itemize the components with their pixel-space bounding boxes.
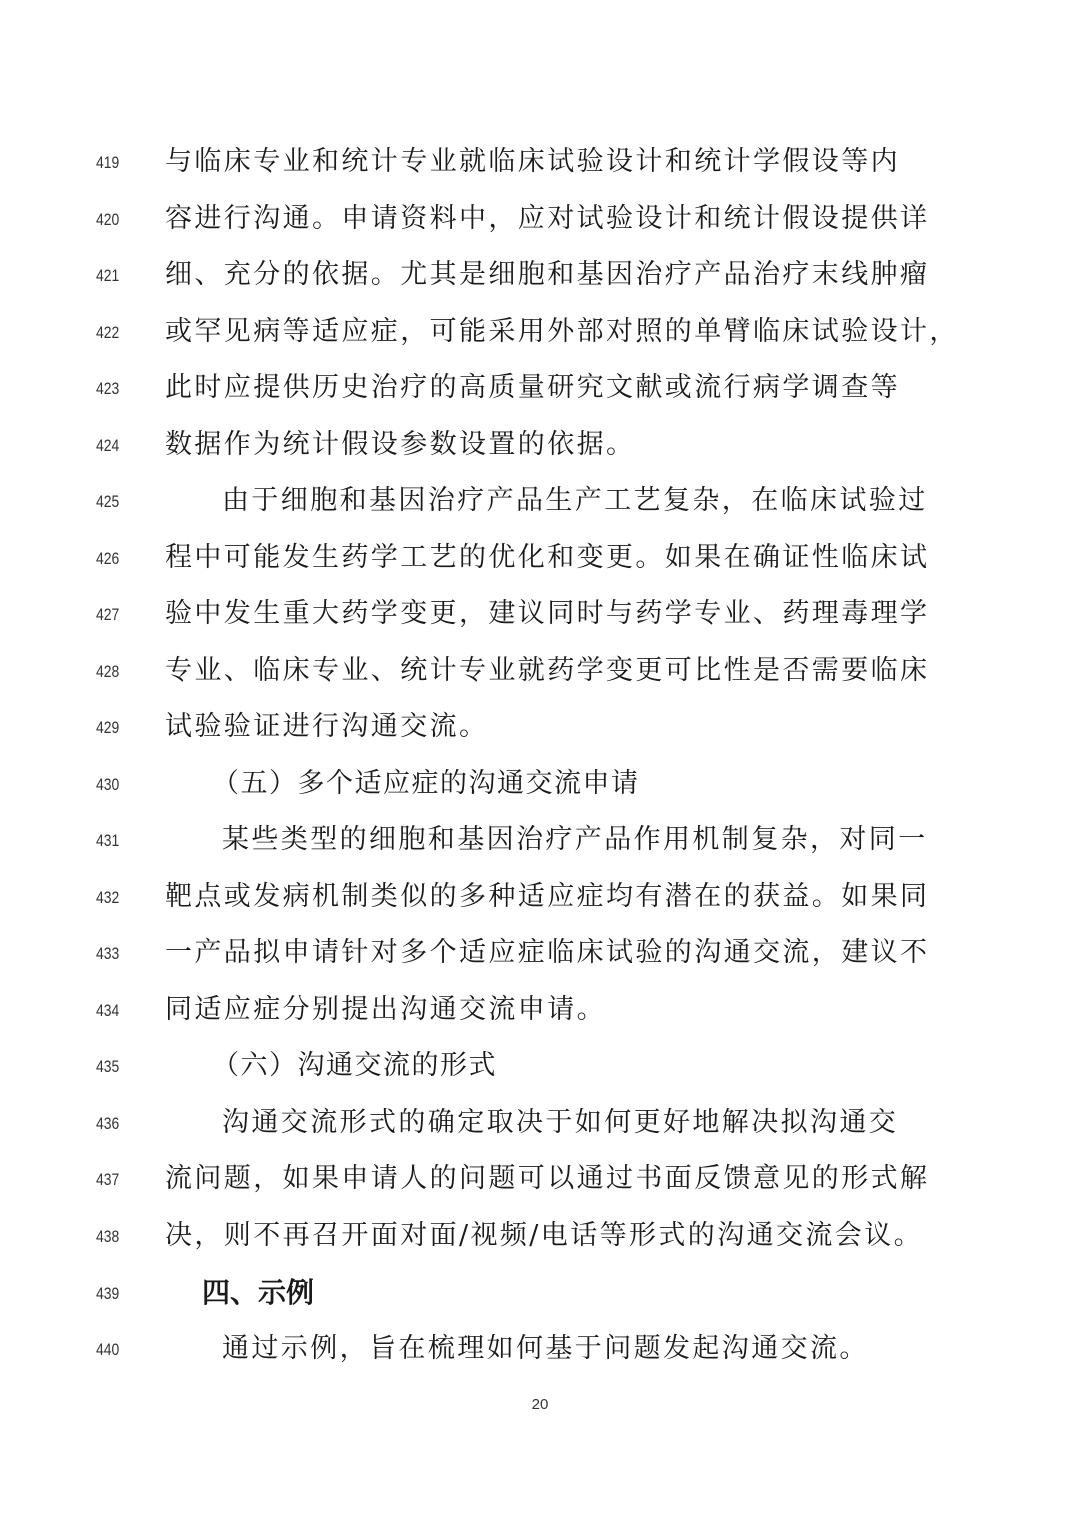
document-page: 419 与临床专业和统计专业就临床试验设计和统计学假设等内 420 容进行沟通。… bbox=[0, 0, 1080, 1527]
line-number: 420 bbox=[96, 210, 129, 230]
line-number: 436 bbox=[96, 1114, 129, 1134]
line-number: 423 bbox=[96, 379, 129, 399]
section-subheading: （五）多个适应症的沟通交流申请 bbox=[212, 765, 640, 803]
line-number: 435 bbox=[96, 1057, 129, 1077]
line-number: 440 bbox=[96, 1340, 129, 1360]
text-line: 440 通过示例，旨在梳理如何基于问题发起沟通交流。 bbox=[0, 1340, 1080, 1396]
paragraph-text: 试验验证进行沟通交流。 bbox=[165, 708, 488, 746]
paragraph-text: 流问题，如果申请人的问题可以通过书面反馈意见的形式解 bbox=[165, 1160, 929, 1198]
paragraph-text: 验中发生重大药学变更，建议同时与药学专业、药理毒理学 bbox=[165, 595, 929, 633]
line-number: 429 bbox=[96, 718, 129, 738]
line-number: 431 bbox=[96, 831, 129, 851]
paragraph-text: 此时应提供历史治疗的高质量研究文献或流行病学调查等 bbox=[165, 369, 900, 407]
line-number: 424 bbox=[96, 436, 129, 456]
line-number: 425 bbox=[96, 492, 129, 512]
paragraph-text: 沟通交流形式的确定取决于如何更好地解决拟沟通交 bbox=[222, 1104, 898, 1142]
paragraph-text: 容进行沟通。申请资料中，应对试验设计和统计假设提供详 bbox=[165, 200, 929, 238]
line-number: 428 bbox=[96, 662, 129, 682]
paragraph-text: 或罕见病等适应症，可能采用外部对照的单臂临床试验设计， bbox=[165, 313, 959, 351]
line-number: 422 bbox=[96, 323, 129, 343]
paragraph-text: 决，则不再召开面对面/视频/电话等形式的沟通交流会议。 bbox=[165, 1217, 923, 1255]
text-line: 428 专业、临床专业、统计专业就药学变更可比性是否需要临床 bbox=[0, 662, 1080, 718]
paragraph-text: 某些类型的细胞和基因治疗产品作用机制复杂，对同一 bbox=[222, 821, 928, 859]
line-number: 439 bbox=[96, 1284, 129, 1304]
paragraph-text: 由于细胞和基因治疗产品生产工艺复杂，在临床试验过 bbox=[222, 482, 928, 520]
paragraph-text: 靶点或发病机制类似的多种适应症均有潜在的获益。如果同 bbox=[165, 878, 929, 916]
paragraph-text: 数据作为统计假设参数设置的依据。 bbox=[165, 426, 635, 464]
line-number: 433 bbox=[96, 944, 129, 964]
section-heading: 四、示例 bbox=[202, 1274, 314, 1312]
line-number: 438 bbox=[96, 1227, 129, 1247]
text-line: 434 同适应症分别提出沟通交流申请。 bbox=[0, 1001, 1080, 1057]
line-number: 426 bbox=[96, 549, 129, 569]
line-number: 419 bbox=[96, 153, 129, 173]
paragraph-text: 一产品拟申请针对多个适应症临床试验的沟通交流，建议不 bbox=[165, 934, 929, 972]
paragraph-text: 与临床专业和统计专业就临床试验设计和统计学假设等内 bbox=[165, 143, 900, 181]
paragraph-text: 细、充分的依据。尤其是细胞和基因治疗产品治疗末线肿瘤 bbox=[165, 256, 929, 294]
paragraph-text: 同适应症分别提出沟通交流申请。 bbox=[165, 991, 606, 1029]
paragraph-text: 通过示例，旨在梳理如何基于问题发起沟通交流。 bbox=[222, 1330, 869, 1368]
line-number: 434 bbox=[96, 1001, 129, 1021]
line-number: 430 bbox=[96, 775, 129, 795]
line-number: 432 bbox=[96, 888, 129, 908]
line-number: 421 bbox=[96, 266, 129, 286]
line-number: 427 bbox=[96, 605, 129, 625]
section-subheading: （六）沟通交流的形式 bbox=[212, 1047, 497, 1085]
text-line: 438 决，则不再召开面对面/视频/电话等形式的沟通交流会议。 bbox=[0, 1227, 1080, 1283]
paragraph-text: 程中可能发生药学工艺的优化和变更。如果在确证性临床试 bbox=[165, 539, 929, 577]
line-number: 437 bbox=[96, 1170, 129, 1190]
page-number: 20 bbox=[0, 1396, 1080, 1413]
paragraph-text: 专业、临床专业、统计专业就药学变更可比性是否需要临床 bbox=[165, 652, 929, 690]
